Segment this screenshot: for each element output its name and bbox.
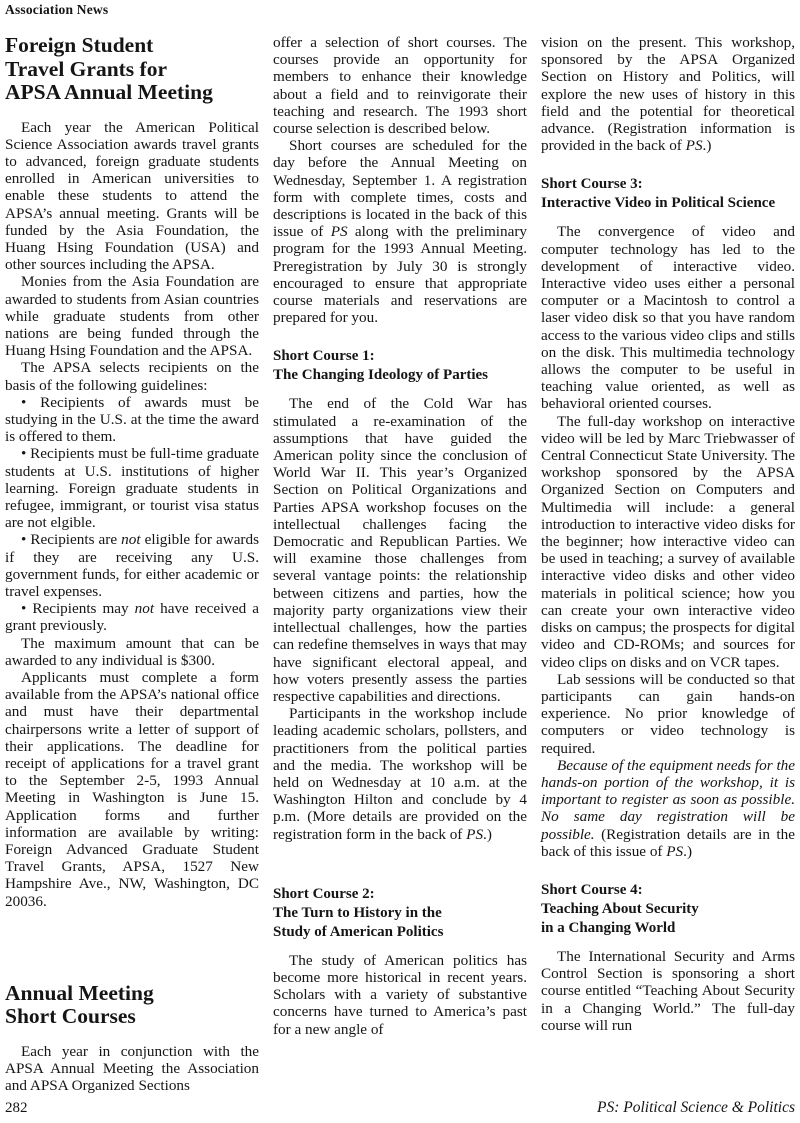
text-segment: • Recipients must be full-time graduate … xyxy=(5,445,259,531)
paragraph: Because of the equipment needs for the h… xyxy=(541,757,795,860)
paragraph: Each year in conjunction with the APSA A… xyxy=(5,1043,259,1094)
page-number: 282 xyxy=(5,1100,28,1117)
paragraph: Short courses are scheduled for the day … xyxy=(273,137,527,326)
heading-line: in a Changing World xyxy=(541,919,795,938)
text-segment: offer a selection of short courses. The … xyxy=(273,34,527,137)
paragraph: Applicants must complete a form availabl… xyxy=(5,669,259,910)
journal-title: PS: Political Science & Politics xyxy=(597,1099,795,1117)
text-segment-italic: PS xyxy=(331,223,348,240)
text-segment: • Recipients of awards must be studying … xyxy=(5,394,259,445)
paragraph: The end of the Cold War has stimulated a… xyxy=(273,395,527,705)
short-course-2-heading: Short Course 2: The Turn to History in t… xyxy=(273,885,527,942)
paragraph: Monies from the Asia Foundation are awar… xyxy=(5,273,259,359)
text-segment: .) xyxy=(703,137,712,154)
heading-line: Short Course 3: xyxy=(541,175,795,194)
text-segment-italic: PS xyxy=(466,826,483,843)
paragraph: The maximum amount that can be awarded t… xyxy=(5,635,259,669)
title-line: Annual Meeting xyxy=(5,982,259,1006)
short-course-3-heading: Short Course 3: Interactive Video in Pol… xyxy=(541,175,795,213)
heading-line: Short Course 4: xyxy=(541,881,795,900)
short-course-1-heading: Short Course 1: The Changing Ideology of… xyxy=(273,347,527,385)
text-segment: • Recipients are xyxy=(21,531,121,548)
text-segment: .) xyxy=(683,843,692,860)
paragraph: The full-day workshop on interactive vid… xyxy=(541,413,795,671)
heading-line: Short Course 1: xyxy=(273,347,527,366)
column-1: Foreign Student Travel Grants for APSA A… xyxy=(5,34,259,1094)
journal-page: Association News Foreign Student Travel … xyxy=(0,0,800,1123)
title-line: Short Courses xyxy=(5,1005,259,1029)
short-course-4-heading: Short Course 4: Teaching About Security … xyxy=(541,881,795,938)
paragraph: Participants in the workshop include lea… xyxy=(273,705,527,843)
text-segment: .) xyxy=(483,826,492,843)
title-line: Travel Grants for xyxy=(5,58,259,82)
text-segment: The maximum amount that can be awarded t… xyxy=(5,635,259,669)
column-3: vision on the present. This workshop, sp… xyxy=(541,34,795,1094)
bullet-item: • Recipients may not have received a gra… xyxy=(5,600,259,634)
text-segment: The study of American politics has becom… xyxy=(273,952,527,1038)
text-segment: The APSA selects recipients on the basis… xyxy=(5,359,259,393)
heading-line: Interactive Video in Political Science xyxy=(541,194,795,213)
paragraph: Each year the American Political Science… xyxy=(5,119,259,274)
text-segment: vision on the present. This workshop, sp… xyxy=(541,34,795,154)
text-segment-italic: PS xyxy=(666,843,683,860)
text-segment: The convergence of video and computer te… xyxy=(541,223,795,412)
text-segment-italic: PS xyxy=(686,137,703,154)
text-segment-italic: not xyxy=(135,600,154,617)
text-segment: The end of the Cold War has stimulated a… xyxy=(273,395,527,704)
heading-line: The Changing Ideology of Parties xyxy=(273,366,527,385)
bullet-item: • Recipients are not eligible for awards… xyxy=(5,531,259,600)
heading-line: The Turn to History in the xyxy=(273,904,527,923)
article-title-foreign-student-travel-grants: Foreign Student Travel Grants for APSA A… xyxy=(5,34,259,105)
paragraph: offer a selection of short courses. The … xyxy=(273,34,527,137)
text-segment: • Recipients may xyxy=(21,600,135,617)
paragraph: The APSA selects recipients on the basis… xyxy=(5,359,259,393)
text-segment-italic: not xyxy=(121,531,140,548)
article-title-annual-meeting-short-courses: Annual Meeting Short Courses xyxy=(5,982,259,1029)
heading-line: Short Course 2: xyxy=(273,885,527,904)
text-segment: Each year in conjunction with the APSA A… xyxy=(5,1043,259,1094)
text-segment: The full-day workshop on interactive vid… xyxy=(541,413,795,671)
section-kicker: Association News xyxy=(5,2,795,17)
text-segment: Monies from the Asia Foundation are awar… xyxy=(5,273,259,359)
title-line: APSA Annual Meeting xyxy=(5,81,259,105)
bullet-item: • Recipients of awards must be studying … xyxy=(5,394,259,446)
text-segment: Lab sessions will be conducted so that p… xyxy=(541,671,795,757)
text-segment: Applicants must complete a form availabl… xyxy=(5,669,259,910)
title-line: Foreign Student xyxy=(5,34,259,58)
paragraph: vision on the present. This workshop, sp… xyxy=(541,34,795,154)
heading-line: Study of American Politics xyxy=(273,923,527,942)
paragraph: The International Security and Arms Cont… xyxy=(541,948,795,1034)
text-segment: Each year the American Political Science… xyxy=(5,119,259,274)
bullet-item: • Recipients must be full-time graduate … xyxy=(5,445,259,531)
three-column-layout: Foreign Student Travel Grants for APSA A… xyxy=(5,34,795,1094)
heading-line: Teaching About Security xyxy=(541,900,795,919)
text-segment: The International Security and Arms Cont… xyxy=(541,948,795,1034)
text-segment: Participants in the workshop include lea… xyxy=(273,705,527,842)
paragraph: The study of American politics has becom… xyxy=(273,952,527,1038)
column-2: offer a selection of short courses. The … xyxy=(273,34,527,1094)
paragraph: Lab sessions will be conducted so that p… xyxy=(541,671,795,757)
page-footer: 282 PS: Political Science & Politics xyxy=(5,1099,795,1117)
paragraph: The convergence of video and computer te… xyxy=(541,223,795,412)
